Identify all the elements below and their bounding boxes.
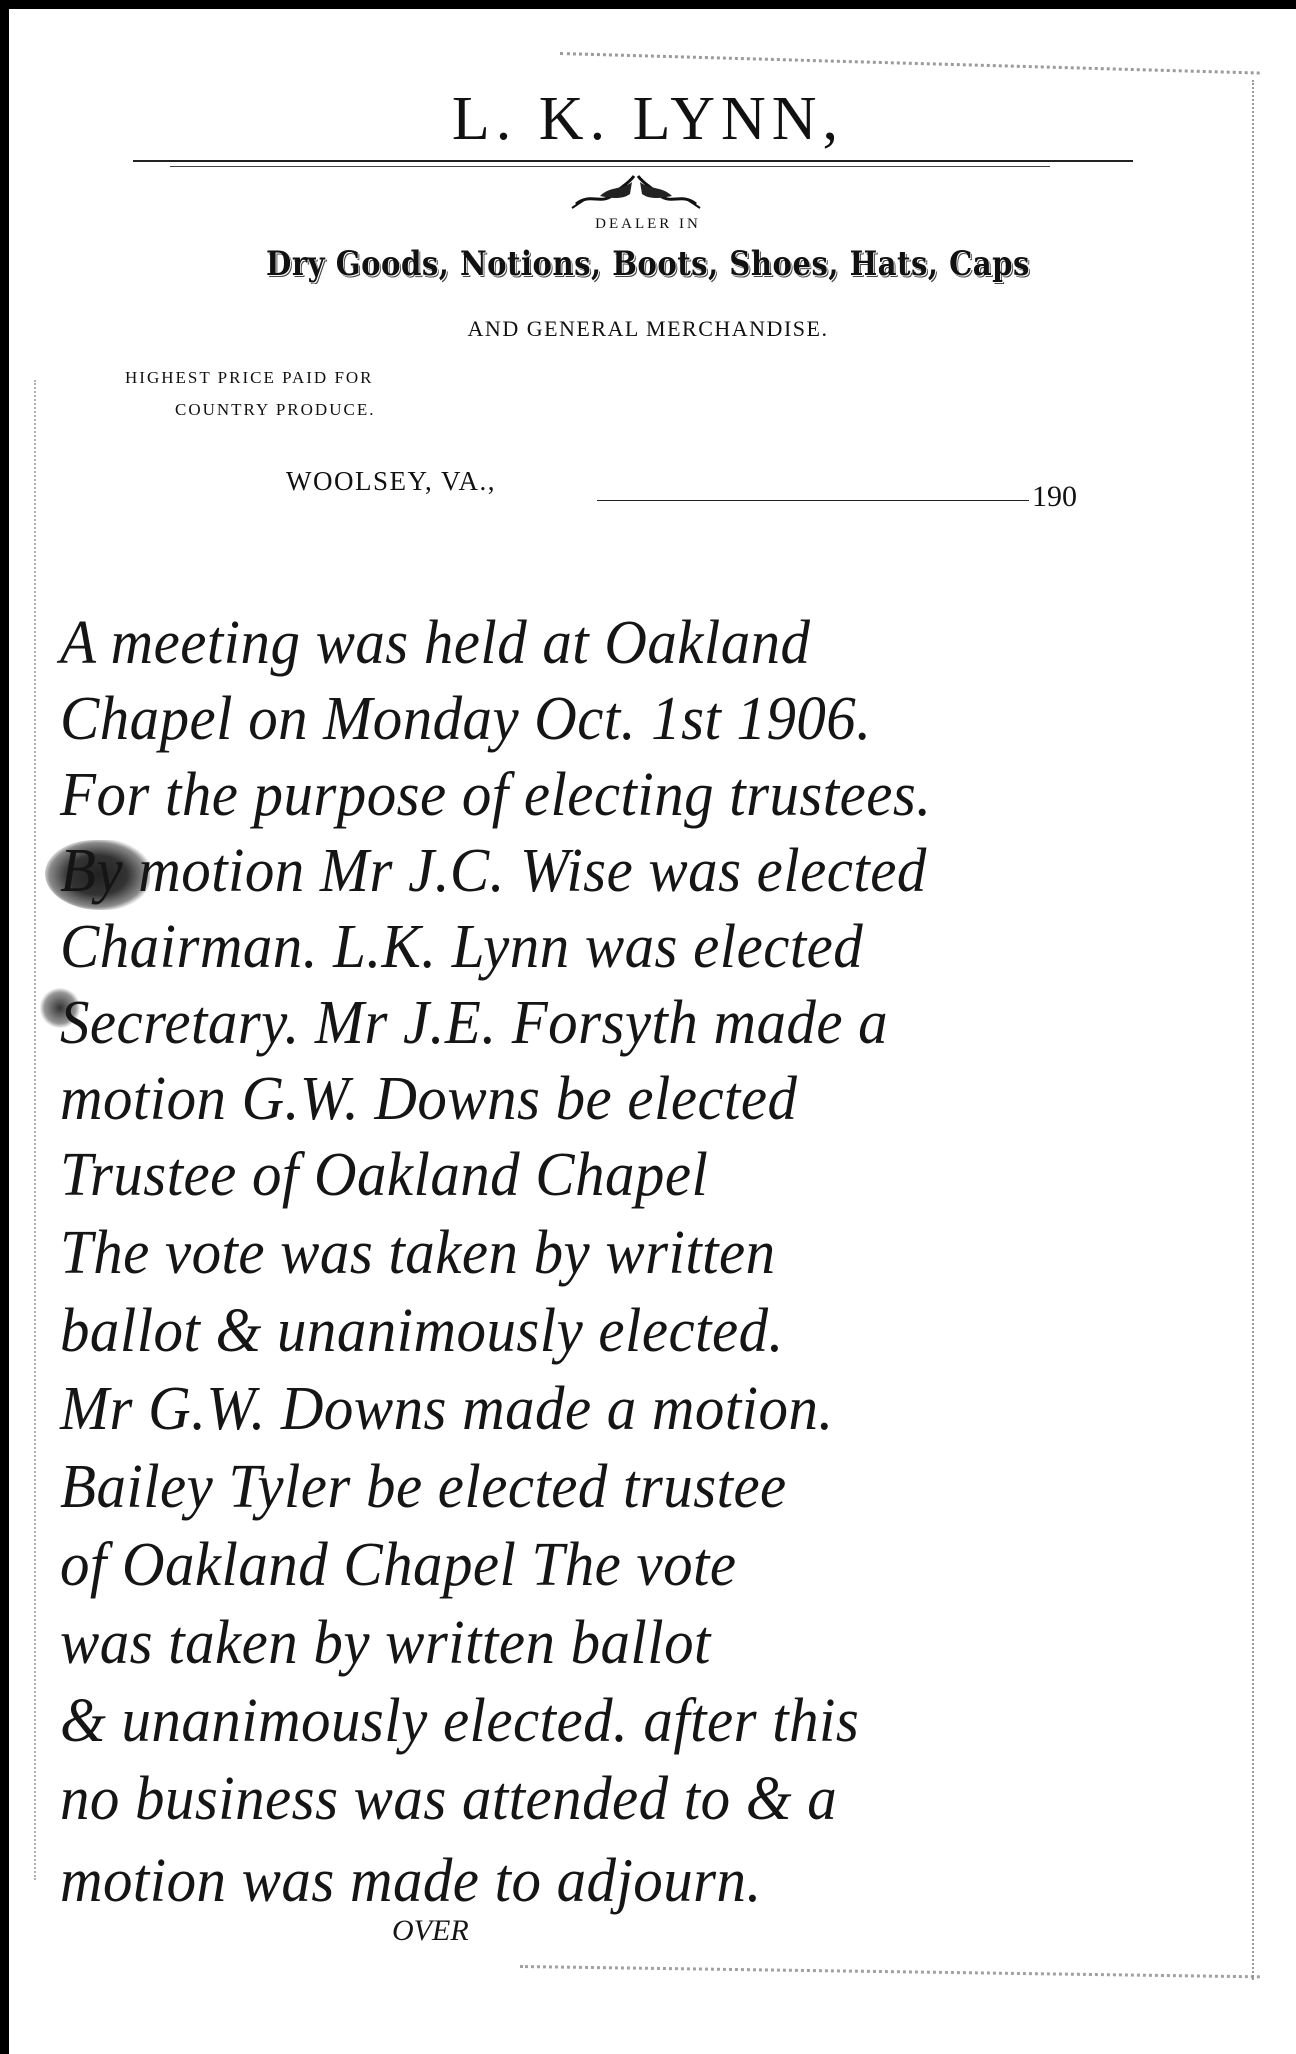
letterhead-highest-price: HIGHEST PRICE PAID FOR xyxy=(125,368,374,388)
handwritten-line: Chapel on Monday Oct. 1st 1906. xyxy=(60,688,871,750)
scan-border-top xyxy=(0,0,1296,9)
handwritten-line: Chairman. L.K. Lynn was elected xyxy=(60,916,863,978)
letterhead-rule xyxy=(133,160,1133,162)
letterhead-dealer-in: DEALER IN xyxy=(0,216,1296,233)
handwritten-line: For the purpose of electing trustees. xyxy=(60,764,931,826)
handwritten-line: of Oakland Chapel The vote xyxy=(60,1534,737,1596)
handwritten-line: ballot & unanimously elected. xyxy=(60,1300,784,1362)
handwritten-line: & unanimously elected. after this xyxy=(60,1690,859,1752)
handwritten-line: By motion Mr J.C. Wise was elected xyxy=(60,840,927,902)
letterhead-goods-list: Dry Goods, Notions, Boots, Shoes, Hats, … xyxy=(91,244,1206,284)
date-blank-line xyxy=(597,500,1029,501)
handwritten-line: Secretary. Mr J.E. Forsyth made a xyxy=(60,992,888,1054)
handwritten-line: The vote was taken by written xyxy=(60,1222,776,1284)
handwritten-line: motion was made to adjourn. xyxy=(60,1850,762,1912)
letterhead-rule-secondary xyxy=(170,166,1050,167)
paper-right-edge xyxy=(1252,80,1254,1980)
handwritten-line: was taken by written ballot xyxy=(60,1612,711,1674)
letterhead-name: L. K. LYNN, xyxy=(0,88,1296,150)
letterhead-country-produce: COUNTRY PRODUCE. xyxy=(175,400,375,420)
handwritten-line: Mr G.W. Downs made a motion. xyxy=(60,1378,834,1440)
scan-border-left xyxy=(0,0,9,2054)
handwritten-line: Bailey Tyler be elected trustee xyxy=(60,1456,787,1518)
over-note: OVER xyxy=(392,1914,469,1948)
paper-left-edge xyxy=(34,380,36,1880)
handwritten-line: motion G.W. Downs be elected xyxy=(60,1068,797,1130)
letterhead-general-merchandise: AND GENERAL MERCHANDISE. xyxy=(0,316,1296,342)
handwritten-line: Trustee of Oakland Chapel xyxy=(60,1144,708,1206)
handwritten-line: no business was attended to & a xyxy=(60,1768,837,1830)
letterhead-place: WOOLSEY, VA., xyxy=(286,466,496,497)
handwritten-line: A meeting was held at Oakland xyxy=(60,612,810,674)
letterhead-year-prefix: 190 xyxy=(1032,480,1077,514)
scroll-ornament-icon xyxy=(566,172,706,212)
